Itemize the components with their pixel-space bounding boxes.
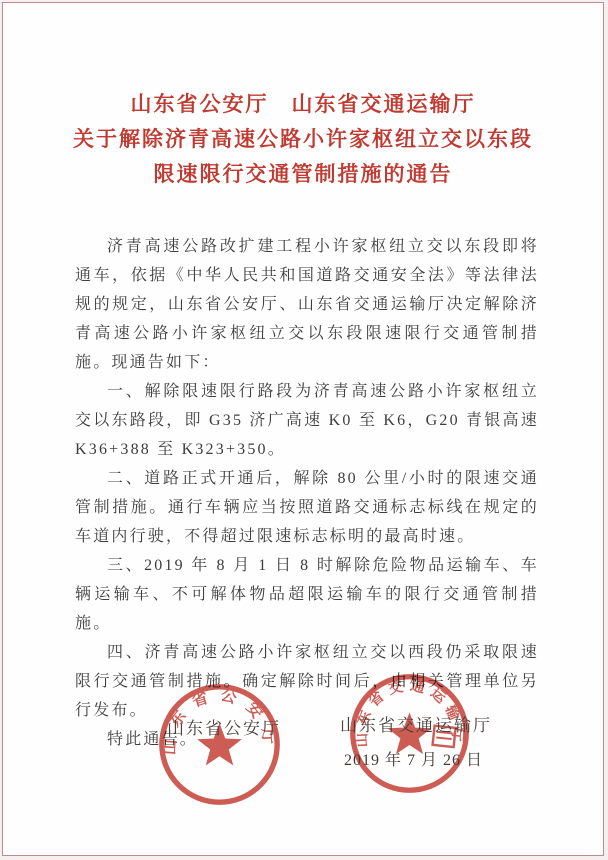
paragraph-item-3: 三、2019 年 8 月 1 日 8 时解除危险物品运输车、车辆运输车、不可解体… (75, 551, 539, 638)
document-page: 山东省公安厅 山东省交通运输厅 关于解除济青高速公路小许家枢纽立交以东段 限速限… (2, 2, 604, 856)
signature-transport-dept: 山东省交通运输厅 (340, 711, 492, 736)
notice-document-page: { "page": { "background": "#fffefe", "bo… (0, 0, 608, 860)
title-line-issuers: 山东省公安厅 山东省交通运输厅 (3, 87, 603, 122)
paragraph-item-1: 一、解除限速限行路段为济青高速公路小许家枢纽立交以东路段，即 G35 济广高速 … (75, 377, 539, 464)
notice-title: 山东省公安厅 山东省交通运输厅 关于解除济青高速公路小许家枢纽立交以东段 限速限… (3, 87, 603, 192)
title-line-subject: 关于解除济青高速公路小许家枢纽立交以东段 (3, 122, 603, 157)
official-seal-public-security-icon: 山东省公安厅 (156, 681, 283, 808)
title-line-subject-2: 限速限行交通管制措施的通告 (3, 157, 603, 192)
paragraph-intro: 济青高速公路改扩建工程小许家枢纽立交以东段即将通车，依据《中华人民共和国道路交通… (75, 232, 539, 377)
signature-public-security-dept: 山东省公安厅 (167, 714, 281, 739)
paragraph-item-2: 二、道路正式开通后，解除 80 公里/小时的限速交通管制措施。通行车辆应当按照道… (75, 464, 539, 551)
signature-date: 2019 年 7 月 26 日 (344, 747, 483, 770)
